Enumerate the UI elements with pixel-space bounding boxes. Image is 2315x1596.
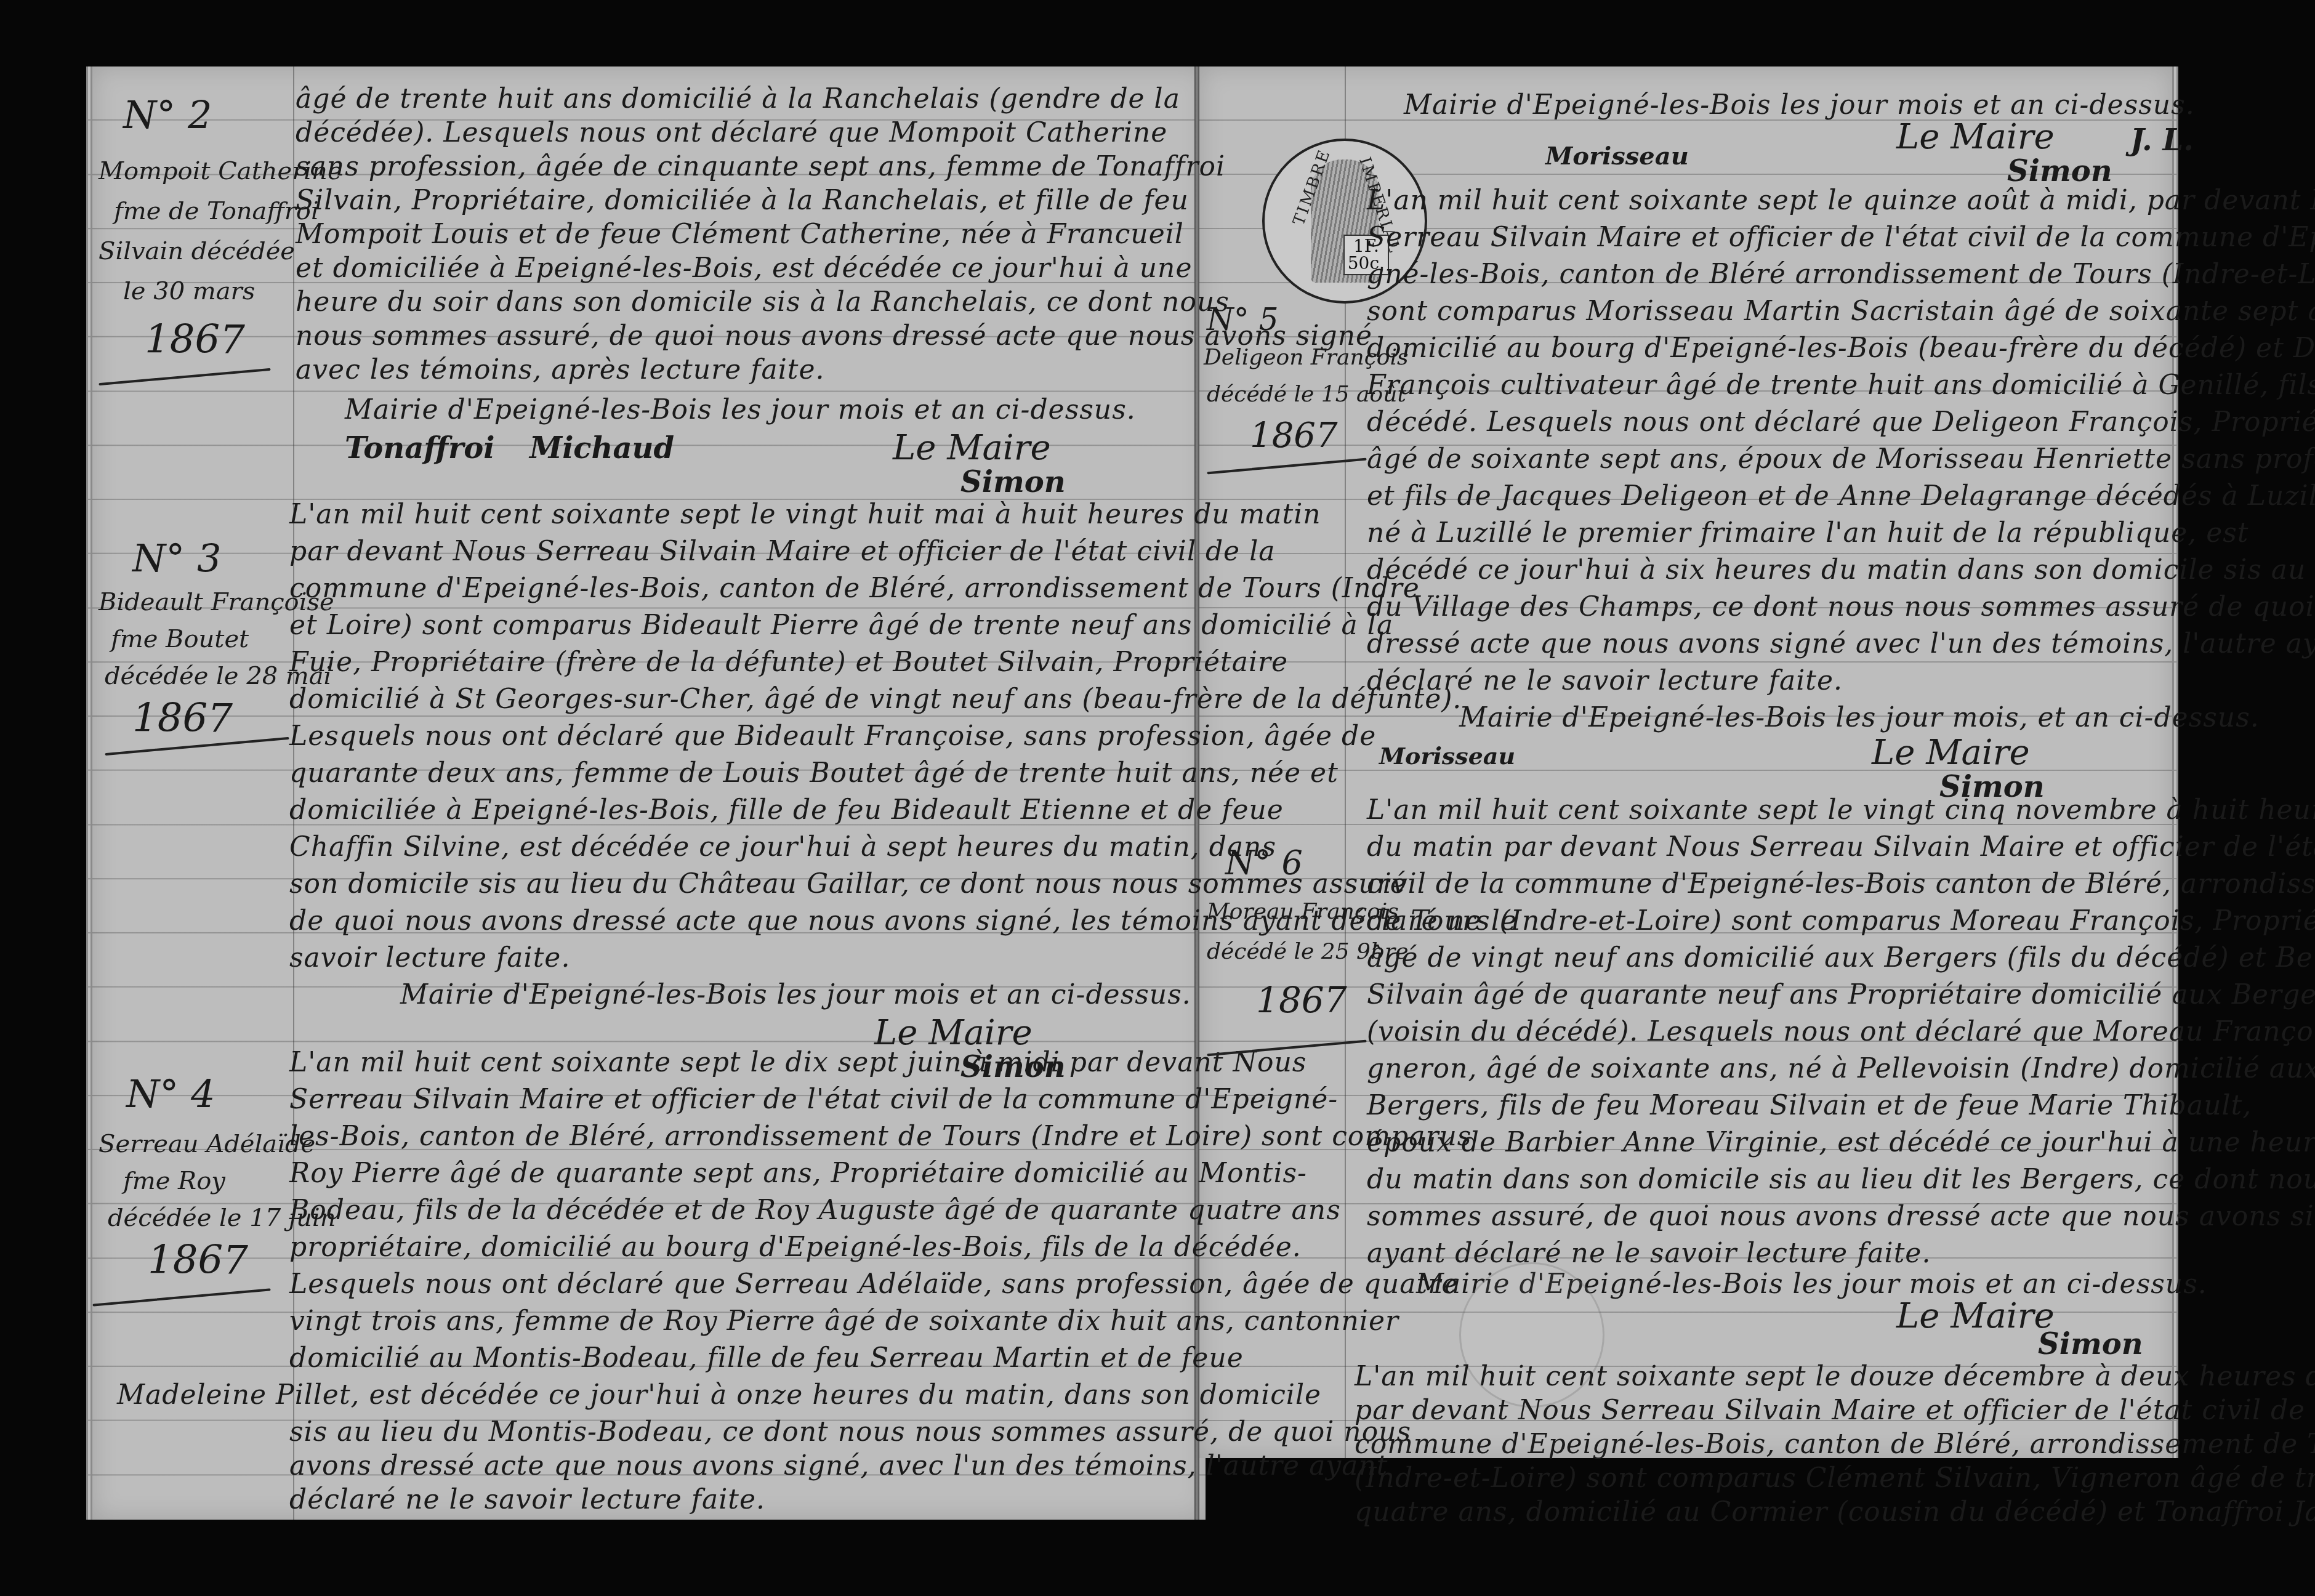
body-line: Silvain âgé de quarante neuf ans Proprié… [1367,979,2315,1010]
body-line: quarante deux ans, femme de Louis Boutet… [289,757,1339,789]
body-line: ayant déclaré ne le savoir lecture faite… [1367,1238,1931,1269]
closing-line: Mairie d'Epeigné-les-Bois les jour mois … [345,394,1136,425]
body-line: François cultivateur âgé de trente huit … [1367,369,2315,401]
body-line: époux de Barbier Anne Virginie, est décé… [1367,1127,2315,1158]
body-line: âgé de trente huit ans domicilié à la Ra… [296,83,1180,115]
body-line: de Tours (Indre-et-Loire) sont comparus … [1367,905,2315,937]
body-line: civil de la commune d'Epeigné-les-Bois c… [1367,868,2315,900]
body-line: âgé de vingt neuf ans domicilié aux Berg… [1367,942,2315,973]
body-line: et Loire) sont comparus Bideault Pierre … [289,610,1393,641]
margin-year: 1867 [132,696,233,741]
body-line: L'an mil huit cent soixante sept le douz… [1355,1361,2315,1392]
body-line: Lesquels nous ont déclaré que Bideault F… [289,720,1376,752]
margin-year: 1867 [1250,416,1338,456]
signature: Morisseau [1379,742,1515,770]
mayor-title: Le Maire [893,428,1051,468]
initials: J. L. [2130,123,2194,158]
body-line: par devant Nous Serreau Silvain Maire et… [289,536,1275,567]
body-line: déclaré ne le savoir lecture faite. [289,1484,765,1515]
closing-line: Mairie d'Epeigné-les-Bois les jour mois … [400,979,1191,1010]
body-line: domiciliée à Epeigné-les-Bois, fille de … [289,794,1284,826]
body-line: domicilié au Montis-Bodeau, fille de feu… [289,1342,1244,1374]
body-line: avons dressé acte que nous avons signé, … [289,1450,1388,1481]
signature: Tonaffroi [345,431,494,465]
body-line: Madeleine Pillet, est décédée ce jour'hu… [117,1379,1321,1411]
margin-year: 1867 [145,317,245,363]
body-line: décédé ce jour'hui à six heures du matin… [1367,554,2315,586]
body-line: (Indre-et-Loire) sont comparus Clément S… [1355,1462,2315,1494]
body-line: L'an mil huit cent soixante sept le dix … [289,1047,1306,1078]
closing-line: Mairie d'Epeigné-les-Bois les jour mois,… [1459,702,2260,733]
body-line: gné-les-Bois, canton de Bléré arrondisse… [1367,259,2315,290]
body-line: vingt trois ans, femme de Roy Pierre âgé… [289,1305,1399,1337]
body-line: L'an mil huit cent soixante sept le ving… [289,499,1321,530]
body-line: commune d'Epeigné-les-Bois, canton de Bl… [289,573,1420,604]
entry-number: N° 6 [1225,844,1303,882]
mayor-title: Le Maire [1872,733,2030,773]
margin-spouse: fme Roy [123,1167,225,1195]
body-line: Serreau Silvain Maire et officier de l'é… [1367,222,2315,253]
margin-status: Silvain décédée [99,237,295,265]
body-line: les-Bois, canton de Bléré, arrondissemen… [289,1121,1472,1152]
body-line: sis au lieu du Montis-Bodeau, ce dont no… [289,1416,1411,1448]
entry-number: N° 2 [123,92,212,137]
entry-number: N° 3 [132,536,221,581]
body-line: Bergers, fils de feu Moreau Silvain et d… [1367,1090,2252,1121]
witness-mark: Morisseau [1545,142,1689,171]
body-line: Bodeau, fils de la décédée et de Roy Aug… [289,1195,1341,1226]
mayor-signature: Simon [2007,154,2112,188]
body-line: (voisin du décédé). Lesquels nous ont dé… [1367,1016,2315,1047]
body-line: commune d'Epeigné-les-Bois, canton de Bl… [1355,1429,2315,1460]
body-line: L'an mil huit cent soixante sept le ving… [1367,794,2315,826]
signature: Michaud [529,431,674,465]
body-line: Lesquels nous ont déclaré que Serreau Ad… [289,1268,1458,1300]
margin-spouse: fme Boutet [111,625,249,653]
body-line: domicilié à St Georges-sur-Cher, âgé de … [289,683,1462,715]
body-line: décédée). Lesquels nous ont déclaré que … [296,117,1167,148]
body-line: du matin dans son domicile sis au lieu d… [1367,1164,2315,1195]
body-line: du Village des Champs, ce dont nous nous… [1367,591,2315,623]
body-line: domicilié au bourg d'Epeigné-les-Bois (b… [1367,332,2315,364]
body-line: L'an mil huit cent soixante sept le quin… [1367,185,2315,216]
body-line: Silvain, Propriétaire, domiciliée à la R… [296,185,1189,216]
body-line: Mompoit Louis et de feue Clément Catheri… [296,219,1184,250]
body-line: né à Luzillé le premier frimaire l'an hu… [1367,517,2249,549]
body-line: âgé de soixante sept ans, époux de Moris… [1367,443,2315,475]
body-line: Fuie, Propriétaire (frère de la défunte)… [289,647,1288,678]
body-line: et domiciliée à Epeigné-les-Bois, est dé… [296,252,1192,284]
margin-spouse: fme de Tonaffroi [114,197,319,225]
margin-year: 1867 [148,1238,248,1283]
body-line: dressé acte que nous avons signé avec l'… [1367,628,2315,659]
body-line: gneron, âgé de soixante ans, né à Pellev… [1367,1053,2315,1084]
body-line: sont comparus Morisseau Martin Sacristai… [1367,296,2315,327]
body-line: déclaré ne le savoir lecture faite. [1367,665,1843,696]
mayor-signature: Simon [2038,1327,2143,1361]
mayor-title: Le Maire [1896,1296,2055,1336]
margin-name: Serreau Adélaïde [99,1130,315,1158]
body-line: quatre ans, domicilié au Cormier (cousin… [1355,1496,2315,1528]
body-line: et fils de Jacques Deligeon et de Anne D… [1367,480,2315,512]
body-line: décédé. Lesquels nous ont déclaré que De… [1367,406,2315,438]
body-line: Chaffin Silvine, est décédée ce jour'hui… [289,831,1276,863]
entry-number: N° 4 [126,1071,215,1116]
closing-line: Mairie d'Epeigné-les-Bois les jour mois … [1404,89,2195,121]
body-line: sommes assuré, de quoi nous avons dressé… [1367,1201,2315,1232]
margin-date: le 30 mars [123,277,255,305]
body-line: propriétaire, domicilié au bourg d'Epeig… [289,1231,1302,1263]
book-binding [1194,66,1199,1520]
body-line: avec les témoins, après lecture faite. [296,354,825,385]
body-line: du matin par devant Nous Serreau Silvain… [1367,831,2315,863]
body-line: par devant Nous Serreau Silvain Maire et… [1355,1395,2315,1426]
body-line: Roy Pierre âgé de quarante sept ans, Pro… [289,1158,1307,1189]
body-line: heure du soir dans son domicile sis à la… [296,286,1230,318]
entry-number: N° 5 [1207,302,1278,337]
mayor-signature: Simon [960,465,1066,499]
body-line: sans profession, âgée de cinquante sept … [296,151,1225,182]
mayor-title: Le Maire [1896,117,2055,157]
body-line: Serreau Silvain Maire et officier de l'é… [289,1084,1338,1115]
margin-year: 1867 [1256,979,1347,1021]
body-line: savoir lecture faite. [289,942,570,973]
margin-rule [293,66,294,1520]
